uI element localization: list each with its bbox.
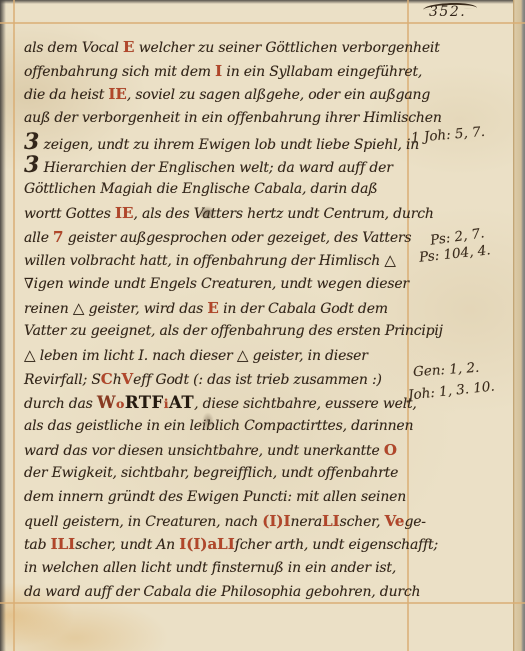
handwritten-text: in ein Syllabam eingeführet, [222, 64, 422, 80]
handwritten-text: in der Cabala Godt dem [219, 301, 388, 317]
manuscript-line: quell geistern, in Creaturen, nach (I)In… [24, 510, 408, 534]
fire-triangle-symbol: △ [237, 346, 249, 364]
manuscript-line: offenbahrung sich mit dem I in ein Sylla… [24, 60, 408, 84]
handwritten-text: geister außgesprochen oder gezeiget, des… [63, 230, 411, 246]
handwritten-text: quell geistern, in Creaturen, nach [24, 514, 262, 530]
handwritten-text: ſcher arth, undt eigenschafft; [235, 537, 438, 553]
rubricated-text: O [384, 441, 397, 459]
manuscript-line: in welchen allen licht undt finsternuß i… [24, 557, 408, 581]
manuscript-line: alle 7 geister außgesprochen oder gezeig… [24, 226, 408, 250]
margin-citation-1joh: 1 Joh: 5, 7. [410, 124, 485, 146]
rubricated-text: IE [108, 85, 126, 103]
manuscript-line: als das geistliche in ein leiblich Compa… [24, 415, 408, 439]
handwritten-text: ge- [404, 514, 425, 530]
rubricated-text: IE [115, 204, 133, 222]
handwritten-text: , soviel zu sagen alßgehe, oder ein außg… [127, 87, 430, 103]
manuscript-line: durch das WoRTFiAT, diese sichtbahre, eu… [24, 391, 408, 415]
manuscript-line: auß der verborgenheit in ein offenbahrun… [24, 107, 408, 131]
manuscript-line: Revirfall; SChVeff Godt (: das ist trieb… [24, 368, 408, 392]
handwritten-text: geister, in dieser [248, 348, 367, 364]
handwritten-text: Vatter zu geeignet, als der offenbahrung… [24, 323, 443, 339]
ruled-line-top [0, 22, 525, 24]
fire-triangle-symbol: △ [73, 299, 85, 317]
handwritten-text: zeigen, undt zu ihrem Ewigen lob undt li… [39, 137, 419, 153]
manuscript-line: tab ILIscher, undt An I(I)aLIſcher arth,… [24, 533, 408, 557]
handwritten-text: willen volbracht hatt, in offenbahrung d… [24, 253, 384, 269]
manuscript-page: 352. als dem Vocal E welcher zu seiner G… [0, 0, 525, 651]
rubricated-text: 7 [53, 228, 63, 246]
fire-triangle-symbol: △ [24, 346, 36, 364]
handwritten-text: Revirfall; S [24, 372, 101, 388]
page-number: 352. [429, 4, 466, 20]
handwritten-text: durch das [24, 396, 97, 412]
manuscript-line: 3 zeigen, undt zu ihrem Ewigen lob undt … [24, 131, 408, 155]
manuscript-line: die da heist IE, soviel zu sagen alßgehe… [24, 83, 408, 107]
handwritten-text: der Ewigkeit, sichtbahr, begreifflich, u… [24, 465, 398, 481]
handwritten-text: in welchen allen licht undt finsternuß i… [24, 560, 396, 576]
handwritten-text: da ward auff der Cabala die Philosophia … [24, 584, 420, 600]
manuscript-line: als dem Vocal E welcher zu seiner Göttli… [24, 36, 408, 60]
handwritten-text: ward das vor diesen unsichtbahre, undt u… [24, 443, 384, 459]
manuscript-line: 3 Hierarchien der Englischen welt; da wa… [24, 154, 408, 178]
handwritten-text: h [113, 372, 122, 388]
handwritten-text: alle [24, 230, 53, 246]
rubricated-text: LI [217, 535, 235, 553]
rubricated-text: o [116, 396, 125, 411]
margin-citation-gen: Gen: 1, 2. [413, 360, 480, 381]
page-edge-right [513, 0, 525, 651]
rubricated-text: ILI [51, 535, 76, 553]
handwritten-text: Hierarchien der Englischen welt; da ward… [39, 160, 392, 176]
handwritten-text: nera [291, 514, 323, 530]
handwritten-text: , als des Vatters hertz undt Centrum, du… [133, 206, 433, 222]
handwritten-text: als dem Vocal [24, 40, 123, 56]
manuscript-line: ∇igen winde undt Engels Creaturen, undt … [24, 273, 408, 297]
rubricated-text: E [207, 299, 218, 317]
manuscript-line: Göttlichen Magiah die Englische Cabala, … [24, 178, 408, 202]
manuscript-line: willen volbracht hatt, in offenbahrung d… [24, 249, 408, 273]
handwritten-text: welcher zu seiner Göttlichen verborgenhe… [134, 40, 439, 56]
ruled-line-left-margin [13, 0, 15, 651]
manuscript-line: da ward auff der Cabala die Philosophia … [24, 581, 408, 605]
manuscript-line: Vatter zu geeignet, als der offenbahrung… [24, 320, 408, 344]
handwritten-text: 3 [24, 152, 39, 178]
handwritten-text: auß der verborgenheit in ein offenbahrun… [24, 110, 442, 126]
manuscript-line: wortt Gottes IE, als des Vatters hertz u… [24, 202, 408, 226]
rubricated-text: Ve [385, 512, 405, 530]
handwritten-text: geister, wird das [84, 301, 207, 317]
manuscript-line: der Ewigkeit, sichtbahr, begreifflich, u… [24, 462, 408, 486]
handwritten-text: dem innern gründt des Ewigen Puncti: mit… [24, 489, 406, 505]
handwritten-text: eff Godt (: das ist trieb zusammen :) [133, 372, 382, 388]
fire-triangle-symbol: △ [384, 251, 396, 269]
rubricated-text: V [122, 370, 134, 388]
rubricated-text: LI [322, 512, 340, 530]
manuscript-line: ward das vor diesen unsichtbahre, undt u… [24, 439, 408, 463]
manuscript-line: dem innern gründt des Ewigen Puncti: mit… [24, 486, 408, 510]
manuscript-line: reinen △ geister, wird das E in der Caba… [24, 297, 408, 321]
rubricated-text: I(I)a [179, 535, 217, 553]
handwritten-text: , diese sichtbahre, eussere welt, [194, 396, 417, 412]
handwritten-text: leben im licht I. nach dieser [36, 348, 237, 364]
manuscript-text-block: als dem Vocal E welcher zu seiner Göttli… [24, 36, 408, 605]
handwritten-text: AT [169, 393, 194, 412]
handwritten-text: ∇igen winde undt Engels Creaturen, undt … [24, 276, 409, 292]
handwritten-text: als das geistliche in ein leiblich Compa… [24, 418, 413, 434]
margin-citation-ps104: Ps: 104, 4. [418, 242, 491, 265]
handwritten-text: W [97, 393, 116, 412]
handwritten-text: wortt Gottes [24, 206, 115, 222]
handwritten-text: 3 [24, 129, 39, 155]
handwritten-text: scher, [340, 514, 385, 530]
handwritten-text: Göttlichen Magiah die Englische Cabala, … [24, 181, 377, 197]
rubricated-text: E [123, 38, 134, 56]
margin-citation-joh: Joh: 1, 3. 10. [407, 379, 495, 404]
handwritten-text: scher, undt An [75, 537, 179, 553]
handwritten-text: offenbahrung sich mit dem [24, 64, 215, 80]
handwritten-text: die da heist [24, 87, 108, 103]
handwritten-text: reinen [24, 301, 73, 317]
handwritten-text: tab [24, 537, 51, 553]
manuscript-line: △ leben im licht I. nach dieser △ geiste… [24, 344, 408, 368]
rubricated-text: C [101, 370, 113, 388]
rubricated-text: (I)I [262, 512, 290, 530]
handwritten-text: RTF [125, 393, 164, 412]
photo-edge-left [0, 0, 6, 651]
